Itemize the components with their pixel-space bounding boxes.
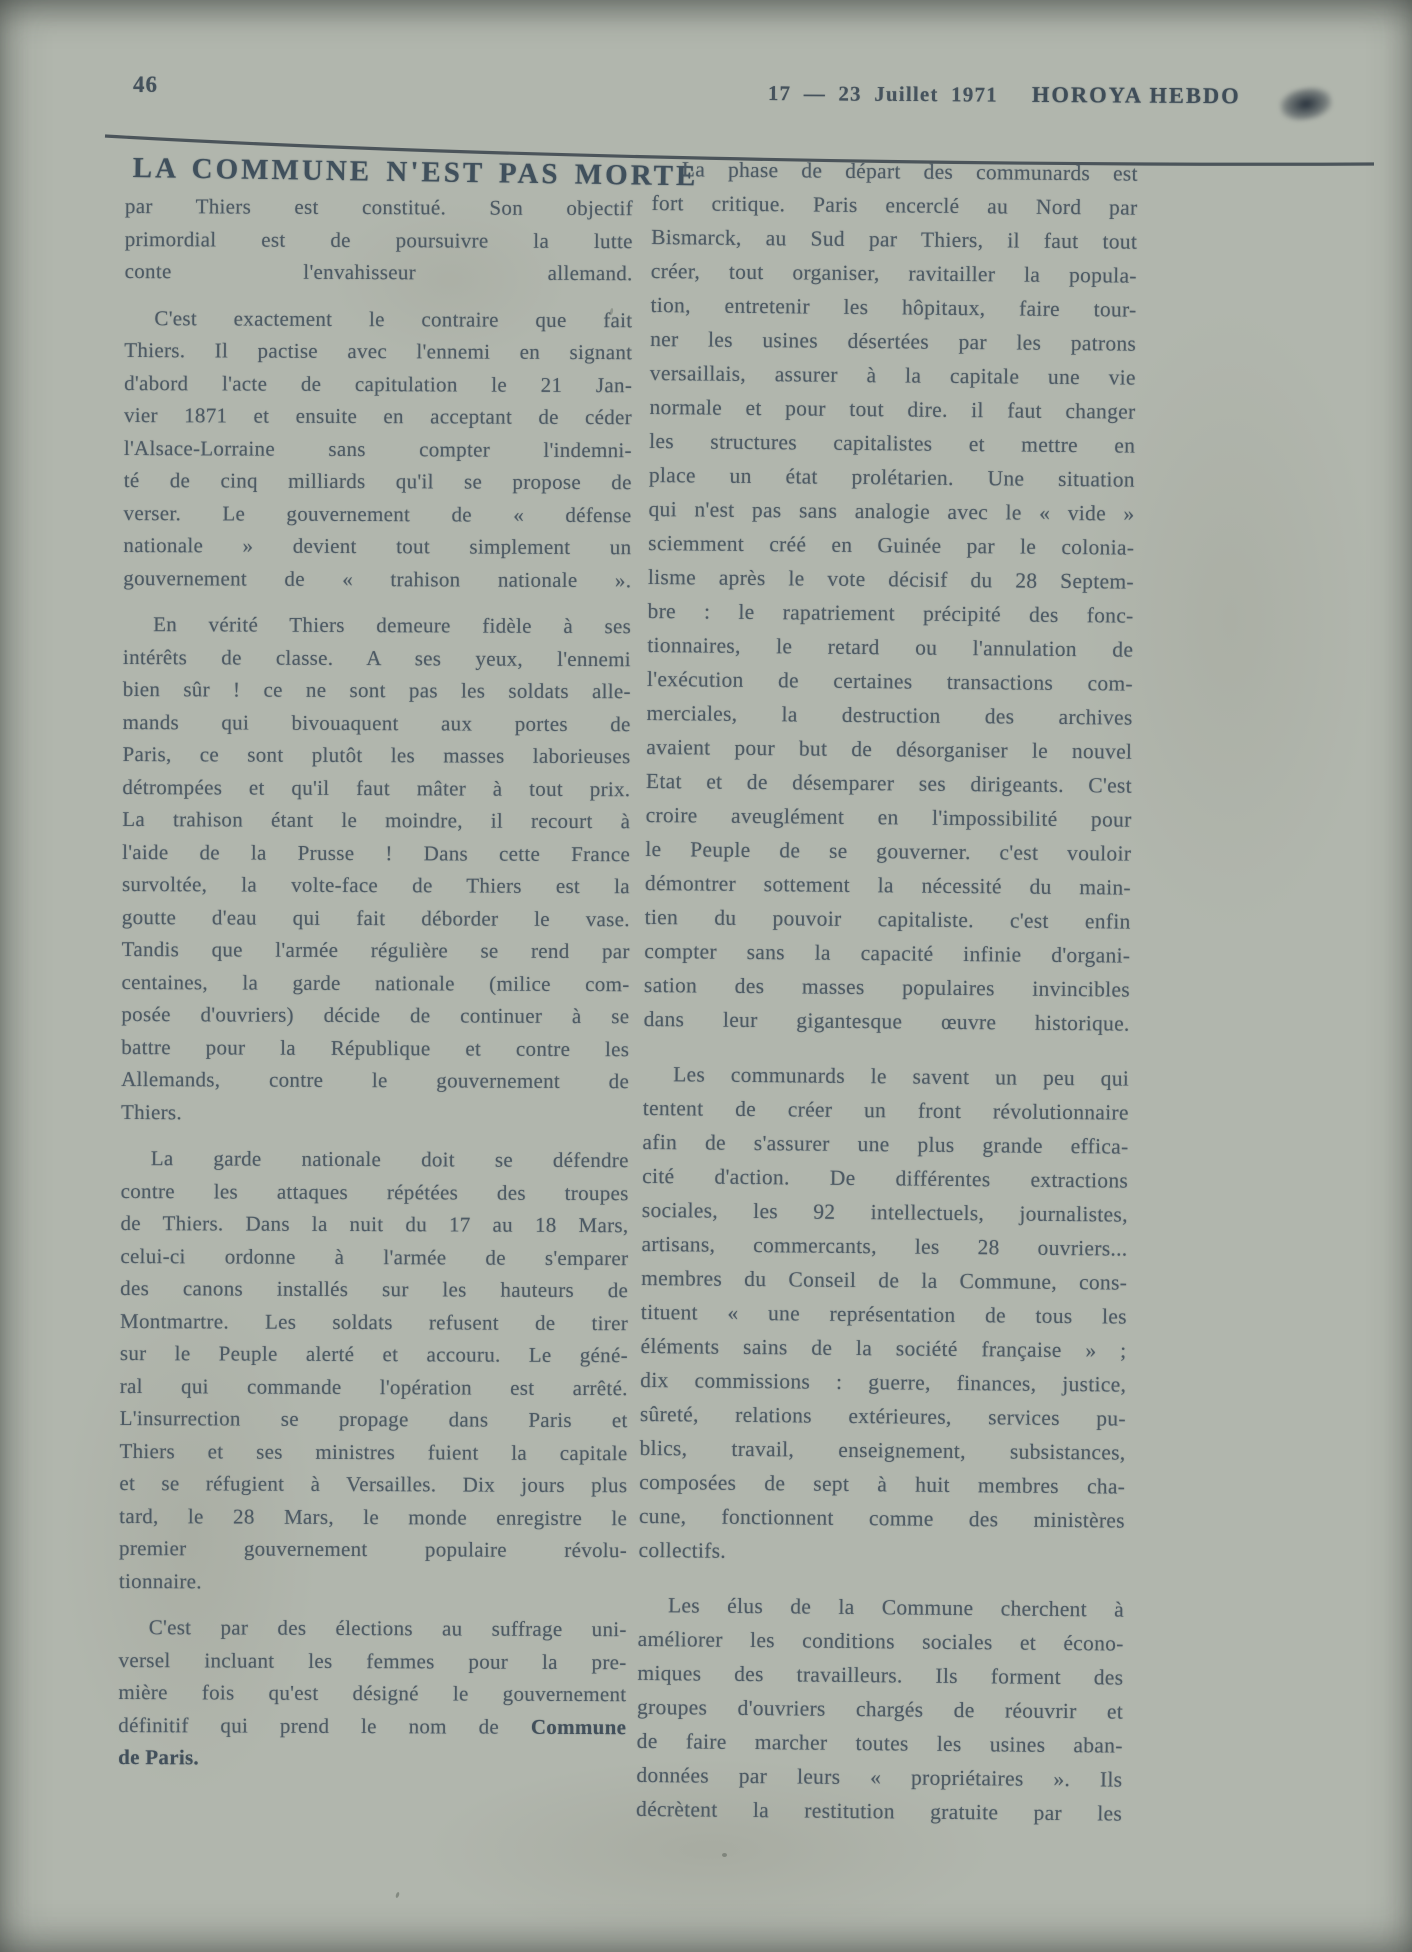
- text-line: Tandis que l'armée régulière se rend par: [122, 933, 630, 968]
- text-line: l'exécution de certaines transactions co…: [647, 662, 1133, 701]
- text-line: té de cinq milliards qu'il se propose de: [124, 464, 632, 499]
- paragraph: Les communards le savent un peu quitente…: [638, 1057, 1129, 1572]
- text-line: qui n'est pas sans analogie avec le « vi…: [648, 492, 1134, 531]
- scan-speck: [722, 1853, 727, 1857]
- text-line: sation des masses populaires invincibles: [644, 968, 1130, 1007]
- text-line: Paris, ce sont plutôt les masses laborie…: [122, 738, 630, 773]
- paragraph: par Thiers est constitué. Son objectifpr…: [125, 190, 633, 290]
- text-line: versel incluant les femmes pour la pre-: [119, 1643, 627, 1678]
- text-line: de Thiers. Dans la nuit du 17 au 18 Mars…: [120, 1207, 628, 1242]
- text-line: croire aveuglément en l'impossibilité po…: [645, 798, 1131, 837]
- text-line: composées de sept à huit membres cha-: [639, 1465, 1125, 1504]
- text-line: Allemands, contre le gouvernement de: [121, 1063, 629, 1098]
- text-line: La trahison étant le moindre, il recourt…: [122, 803, 630, 838]
- text-line: merciales, la destruction des archives: [646, 696, 1132, 735]
- text-line: groupes d'ouvriers chargés de réouvrir e…: [637, 1690, 1123, 1729]
- text-line: versaillais, assurer à la capitale une v…: [650, 356, 1136, 395]
- text-line: miques des travailleurs. Ils forment des: [637, 1656, 1123, 1695]
- text-line: tentent de créer un front révolutionnair…: [643, 1091, 1129, 1130]
- text-line: collectifs.: [638, 1533, 1124, 1572]
- text-line: décrètent la restitution gratuite par le…: [636, 1792, 1122, 1831]
- text-line: celui-ci ordonne à l'armée de s'emparer: [120, 1239, 628, 1274]
- text-line: Montmartre. Les soldats refusent de tire…: [120, 1304, 628, 1339]
- text-line: verser. Le gouvernement de « défense: [124, 496, 632, 531]
- text-line: tion, entretenir les hôpitaux, faire tou…: [650, 288, 1136, 327]
- text-line: gouvernement de « trahison nationale ».: [123, 561, 631, 596]
- paragraph: C'est exactement le contraire que faitTh…: [123, 301, 632, 596]
- text-line: Thiers et ses ministres fuient la capita…: [119, 1434, 627, 1469]
- text-line: les structures capitalistes et mettre en: [649, 424, 1135, 463]
- text-line: tionnaire.: [119, 1564, 627, 1599]
- text-line: premier gouvernement populaire révolu-: [119, 1532, 627, 1567]
- text-line: fort critique. Paris encerclé au Nord pa…: [651, 186, 1137, 225]
- text-line: éléments sains de la société française »…: [640, 1329, 1126, 1368]
- paragraph: La phase de départ des communards estfor…: [644, 152, 1138, 1041]
- text-line: afin de s'assurer une plus grande effica…: [642, 1125, 1128, 1164]
- text-line: mière fois qu'est désigné le gouvernemen…: [118, 1676, 626, 1711]
- text-line: d'abord l'acte de capitulation le 21 Jan…: [124, 366, 632, 401]
- text-line: ner les usines désertées par les patrons: [650, 322, 1136, 361]
- text-line: vier 1871 et ensuite en acceptant de céd…: [124, 399, 632, 434]
- text-line: créer, tout organiser, ravitailler la po…: [651, 254, 1137, 293]
- article-column-right: La phase de départ des communards estfor…: [636, 152, 1138, 1852]
- text-line: par Thiers est constitué. Son objectif: [125, 190, 633, 225]
- text-line: lisme après le vote décisif du 28 Septem…: [648, 560, 1134, 599]
- text-line: nationale » devient tout simplement un: [123, 529, 631, 564]
- text-line: dix commissions : guerre, finances, just…: [640, 1363, 1126, 1402]
- text-line: intérêts de classe. A ses yeux, l'ennemi: [123, 640, 631, 675]
- text-line: détrompées et qu'il faut mâter à tout pr…: [122, 770, 630, 805]
- text-line: dans leur gigantesque œuvre historique.: [644, 1002, 1130, 1041]
- text-line: cité d'action. De différentes extraction…: [642, 1159, 1128, 1198]
- text-line: artisans, commercants, les 28 ouvriers..…: [641, 1227, 1127, 1266]
- page-number: 46: [133, 72, 158, 98]
- text-line: normale et pour tout dire. il faut chang…: [649, 390, 1135, 429]
- text-line: tionnaires, le retard ou l'annulation de: [647, 628, 1133, 667]
- text-line: C'est exactement le contraire que fait: [124, 301, 632, 336]
- text-line: et se réfugient à Versailles. Dix jours …: [119, 1467, 627, 1502]
- text-line: blics, travail, enseignement, subsistanc…: [639, 1431, 1125, 1470]
- article-column-left: par Thiers est constitué. Son objectifpr…: [118, 190, 633, 1790]
- text-line: de faire marcher toutes les usines aban-: [637, 1724, 1123, 1763]
- text-line: sûreté, relations extérieures, services …: [640, 1397, 1126, 1436]
- paragraph: En vérité Thiers demeure fidèle à sesint…: [121, 608, 631, 1130]
- issue-date: 17 — 23 Juillet 1971: [768, 81, 998, 107]
- text-line: de Paris.: [118, 1741, 626, 1776]
- text-line: place un état prolétarien. Une situation: [649, 458, 1135, 497]
- text-line: centaines, la garde nationale (milice co…: [121, 965, 629, 1000]
- text-line: démontrer sottement la nécessité du main…: [645, 866, 1131, 905]
- text-line: tituent « une représentation de tous les: [641, 1295, 1127, 1334]
- scan-speck: [395, 1892, 400, 1899]
- text-line: battre pour la République et contre les: [121, 1030, 629, 1065]
- text-line: Thiers. Il pactise avec l'ennemi en sign…: [124, 334, 632, 369]
- text-line: sociales, les 92 intellectuels, journali…: [642, 1193, 1128, 1232]
- text-line: tard, le 28 Mars, le monde enregistre le: [119, 1499, 627, 1534]
- text-line: survoltée, la volte-face de Thiers est l…: [122, 868, 630, 903]
- publication-name: HOROYA HEBDO: [1032, 82, 1241, 108]
- text-line: goutte d'eau qui fait déborder le vase.: [122, 900, 630, 935]
- paragraph: C'est par des élections au suffrage uni-…: [118, 1611, 627, 1776]
- text-line: mands qui bivouaquent aux portes de: [123, 705, 631, 740]
- newspaper-page: 46 17 — 23 Juillet 1971 HOROYA HEBDO LA …: [0, 0, 1412, 1952]
- text-line: améliorer les conditions sociales et éco…: [638, 1622, 1124, 1661]
- text-line: sur le Peuple alerté et accouru. Le géné…: [120, 1337, 628, 1372]
- text-line: Les communards le savent un peu qui: [643, 1057, 1129, 1096]
- text-line: sciemment créé en Guinée par le colonia-: [648, 526, 1134, 565]
- text-line: posée d'ouvriers) décide de continuer à …: [121, 998, 629, 1033]
- text-line: cune, fonctionnent comme des ministères: [639, 1499, 1125, 1538]
- text-line: bien sûr ! ce ne sont pas les soldats al…: [123, 673, 631, 708]
- text-line: Bismarck, au Sud par Thiers, il faut tou…: [651, 220, 1137, 259]
- text-line: La garde nationale doit se défendre: [121, 1142, 629, 1177]
- text-line: des canons installés sur les hauteurs de: [120, 1272, 628, 1307]
- text-line: En vérité Thiers demeure fidèle à ses: [123, 608, 631, 643]
- text-line: le Peuple de se gouverner. c'est vouloir: [645, 832, 1131, 871]
- text-line: avaient pour but de désorganiser le nouv…: [646, 730, 1132, 769]
- text-line: C'est par des élections au suffrage uni-: [119, 1611, 627, 1646]
- text-line: bre : le rapatriement précipité des fonc…: [647, 594, 1133, 633]
- text-line: Thiers.: [121, 1095, 629, 1130]
- paragraph: La garde nationale doit se défendrecontr…: [119, 1142, 629, 1599]
- paragraph: Les élus de la Commune cherchent àamélio…: [636, 1588, 1124, 1831]
- text-line: Les élus de la Commune cherchent à: [638, 1588, 1124, 1627]
- text-line: Etat et de désemparer ses dirigeants. C'…: [646, 764, 1132, 803]
- text-line: membres du Conseil de la Commune, cons-: [641, 1261, 1127, 1300]
- text-line: l'Alsace-Lorraine sans compter l'indemni…: [124, 431, 632, 466]
- text-line: ral qui commande l'opération est arrêté.: [120, 1369, 628, 1404]
- text-line: L'insurrection se propage dans Paris et: [120, 1402, 628, 1437]
- text-line: données par leurs « propriétaires ». Ils: [636, 1758, 1122, 1797]
- text-line: conte l'envahisseur allemand.: [125, 255, 633, 290]
- text-line: tien du pouvoir capitaliste. c'est enfin: [644, 900, 1130, 939]
- text-line: contre les attaques répétées des troupes: [121, 1174, 629, 1209]
- text-line: primordial est de poursuivre la lutte: [125, 222, 633, 257]
- text-line: La phase de départ des communards est: [652, 152, 1138, 191]
- text-line: compter sans la capacité infinie d'organ…: [644, 934, 1130, 973]
- text-line: définitif qui prend le nom de Commune: [118, 1708, 626, 1743]
- text-line: l'aide de la Prusse ! Dans cette France: [122, 835, 630, 870]
